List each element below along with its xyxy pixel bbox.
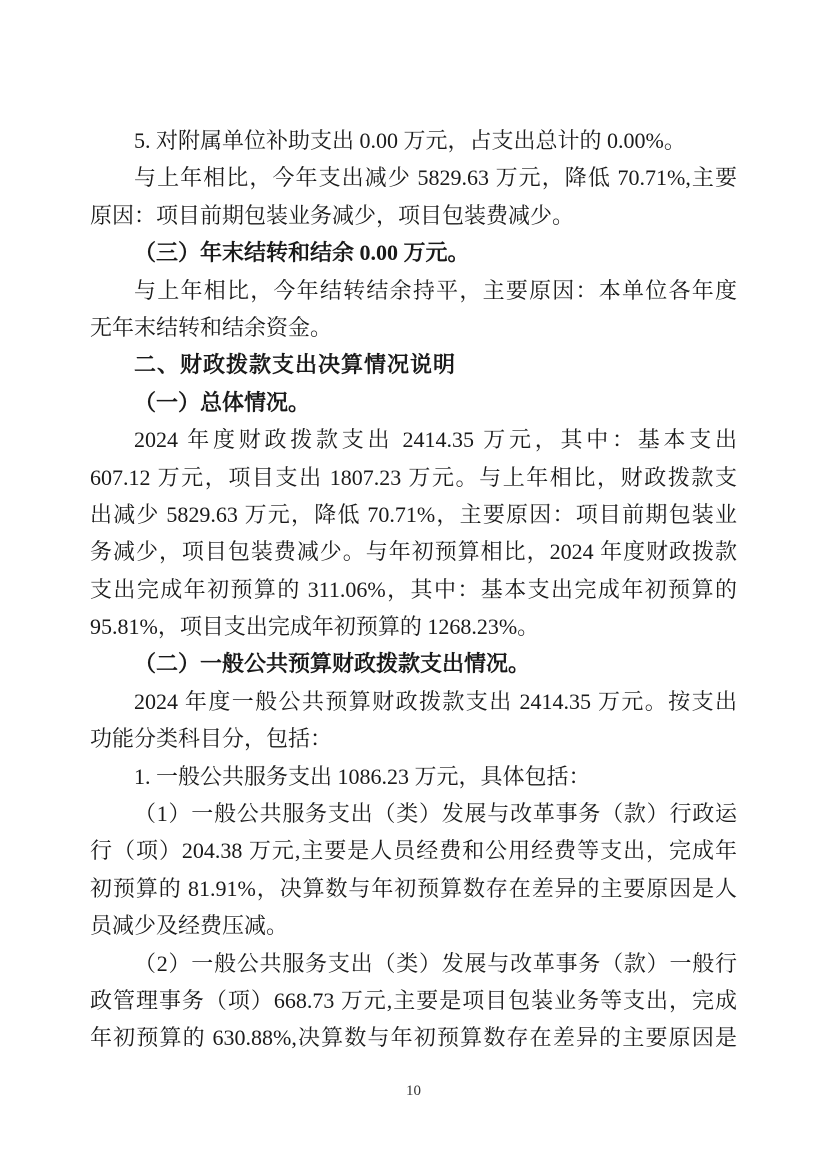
document-page: 5. 对附属单位补助支出 0.00 万元，占支出总计的 0.00%。与上年相比，… [0,0,827,1169]
document-body: 5. 对附属单位补助支出 0.00 万元，占支出总计的 0.00%。与上年相比，… [90,122,737,1057]
sub-heading-line: （二）一般公共预算财政拨款支出情况。 [90,645,737,682]
text-line: 务减少，项目包装费减少。与年初预算相比，2024 年度财政拨款 [90,533,737,570]
page-number: 10 [0,1082,827,1100]
text-line: 政管理事务（项）668.73 万元,主要是项目包装业务等支出，完成 [90,982,737,1019]
text-line: 95.81%，项目支出完成年初预算的 1268.23%。 [90,608,737,645]
text-line: 5. 对附属单位补助支出 0.00 万元，占支出总计的 0.00%。 [90,122,737,159]
text-line: 607.12 万元，项目支出 1807.23 万元。与上年相比，财政拨款支 [90,459,737,496]
text-line: 原因：项目前期包装业务减少，项目包装费减少。 [90,197,737,234]
sub-heading-line: （三）年末结转和结余 0.00 万元。 [90,234,737,271]
text-line: 行（项）204.38 万元,主要是人员经费和公用经费等支出，完成年 [90,832,737,869]
text-line: （1）一般公共服务支出（类）发展与改革事务（款）行政运 [90,795,737,832]
text-line: 1. 一般公共服务支出 1086.23 万元，具体包括： [90,758,737,795]
text-line: 2024 年度一般公共预算财政拨款支出 2414.35 万元。按支出 [90,683,737,720]
text-line: 2024 年度财政拨款支出 2414.35 万元，其中：基本支出 [90,421,737,458]
section-heading-line: 二、财政拨款支出决算情况说明 [90,346,737,383]
text-line: 功能分类科目分，包括： [90,720,737,757]
sub-heading-line: （一）总体情况。 [90,384,737,421]
text-line: 与上年相比，今年结转结余持平，主要原因：本单位各年度 [90,272,737,309]
text-line: 出减少 5829.63 万元，降低 70.71%，主要原因：项目前期包装业 [90,496,737,533]
text-line: 无年末结转和结余资金。 [90,309,737,346]
text-line: （2）一般公共服务支出（类）发展与改革事务（款）一般行 [90,945,737,982]
text-line: 初预算的 81.91%，决算数与年初预算数存在差异的主要原因是人 [90,870,737,907]
text-line: 年初预算的 630.88%,决算数与年初预算数存在差异的主要原因是 [90,1019,737,1056]
text-line: 员减少及经费压减。 [90,907,737,944]
text-line: 支出完成年初预算的 311.06%，其中：基本支出完成年初预算的 [90,571,737,608]
text-line: 与上年相比，今年支出减少 5829.63 万元，降低 70.71%,主要 [90,159,737,196]
